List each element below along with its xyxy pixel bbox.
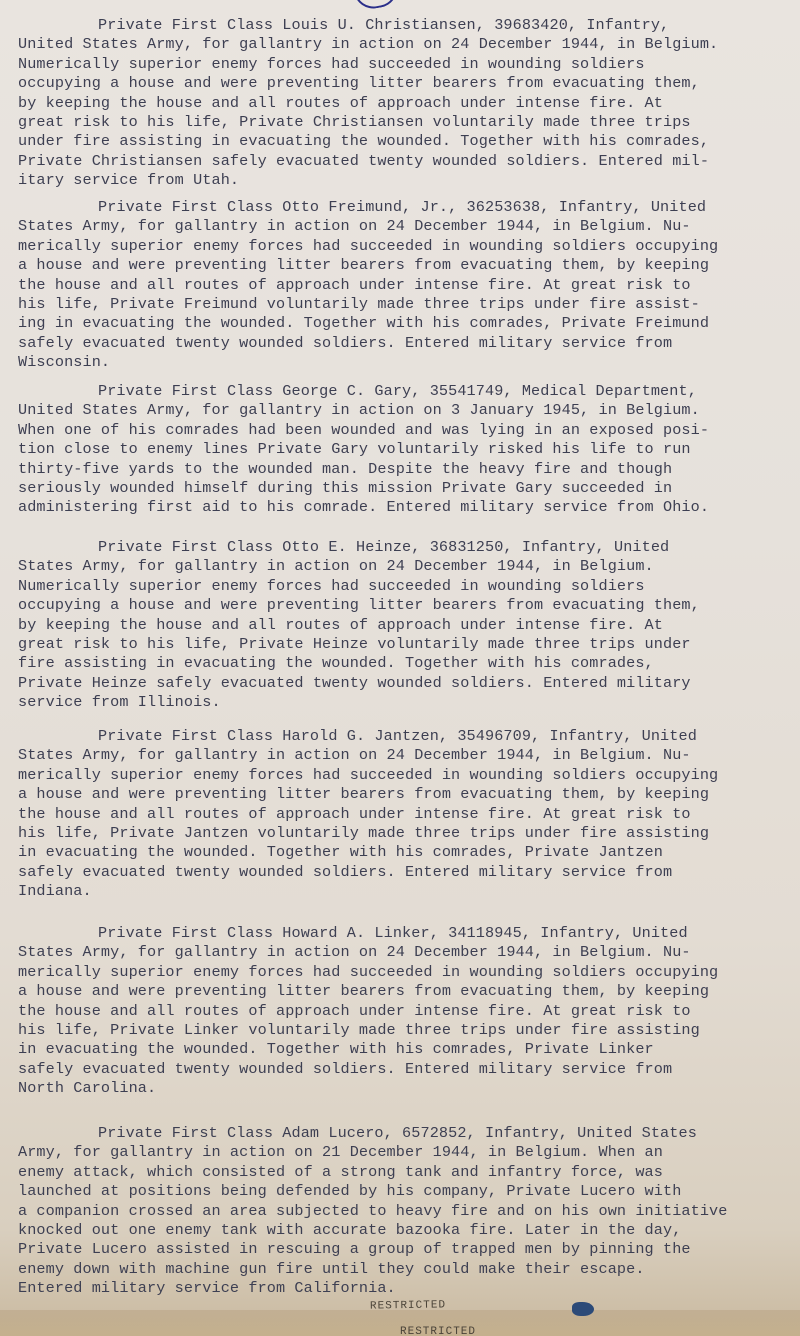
- citation-line: Private First Class Adam Lucero, 6572852…: [18, 1124, 758, 1143]
- citation-line: merically superior enemy forces had succ…: [18, 766, 758, 785]
- citation-line: occupying a house and were preventing li…: [18, 596, 758, 615]
- citation-line: States Army, for gallantry in action on …: [18, 746, 758, 765]
- document-page: Private First Class Louis U. Christianse…: [0, 0, 800, 1336]
- citation-line: Private First Class Howard A. Linker, 34…: [18, 924, 758, 943]
- citation-line: Numerically superior enemy forces had su…: [18, 577, 758, 596]
- citation-line: Private Heinze safely evacuated twenty w…: [18, 674, 758, 693]
- citation-line: merically superior enemy forces had succ…: [18, 237, 758, 256]
- citation-line: in evacuating the wounded. Together with…: [18, 843, 758, 862]
- citation-line: safely evacuated twenty wounded soldiers…: [18, 863, 758, 882]
- citation-line: by keeping the house and all routes of a…: [18, 616, 758, 635]
- citation-line: safely evacuated twenty wounded soldiers…: [18, 1060, 758, 1079]
- citation-line: enemy attack, which consisted of a stron…: [18, 1163, 758, 1182]
- citation-line: under fire assisting in evacuating the w…: [18, 132, 758, 151]
- citation-line: the house and all routes of approach und…: [18, 805, 758, 824]
- citation-line: his life, Private Linker voluntarily mad…: [18, 1021, 758, 1040]
- ink-blot: [572, 1302, 594, 1316]
- citation-line: tion close to enemy lines Private Gary v…: [18, 440, 758, 459]
- citation-line: Private First Class George C. Gary, 3554…: [18, 382, 758, 401]
- citation-line: great risk to his life, Private Christia…: [18, 113, 758, 132]
- citation-line: seriously wounded himself during this mi…: [18, 479, 758, 498]
- restricted-stamp: RESTRICTED: [370, 1299, 446, 1312]
- citation-line: the house and all routes of approach und…: [18, 1002, 758, 1021]
- citation-line: by keeping the house and all routes of a…: [18, 94, 758, 113]
- citation-line: a house and were preventing litter beare…: [18, 785, 758, 804]
- citation-line: Private Christiansen safely evacuated tw…: [18, 152, 758, 171]
- citation-line: North Carolina.: [18, 1079, 758, 1098]
- citation-line: Entered military service from California…: [18, 1279, 758, 1298]
- citation-line: in evacuating the wounded. Together with…: [18, 1040, 758, 1059]
- citation-line: the house and all routes of approach und…: [18, 276, 758, 295]
- citation-line: his life, Private Jantzen voluntarily ma…: [18, 824, 758, 843]
- citation-line: Private First Class Otto Freimund, Jr., …: [18, 198, 758, 217]
- restricted-stamp-lower: RESTRICTED: [400, 1326, 476, 1336]
- citation-line: enemy down with machine gun fire until t…: [18, 1260, 758, 1279]
- citation-line: knocked out one enemy tank with accurate…: [18, 1221, 758, 1240]
- citation-line: ing in evacuating the wounded. Together …: [18, 314, 758, 333]
- citation-line: States Army, for gallantry in action on …: [18, 943, 758, 962]
- citation-line: fire assisting in evacuating the wounded…: [18, 654, 758, 673]
- citation-jantzen: Private First Class Harold G. Jantzen, 3…: [18, 727, 758, 902]
- citation-line: United States Army, for gallantry in act…: [18, 35, 758, 54]
- citation-linker: Private First Class Howard A. Linker, 34…: [18, 924, 758, 1099]
- citation-line: Private First Class Louis U. Christianse…: [18, 16, 758, 35]
- pen-mark: [353, 0, 400, 12]
- citation-line: administering first aid to his comrade. …: [18, 498, 758, 517]
- citation-line: a house and were preventing litter beare…: [18, 982, 758, 1001]
- citation-line: service from Illinois.: [18, 693, 758, 712]
- citation-heinze: Private First Class Otto E. Heinze, 3683…: [18, 538, 758, 713]
- citation-line: Private First Class Harold G. Jantzen, 3…: [18, 727, 758, 746]
- citation-line: his life, Private Freimund voluntarily m…: [18, 295, 758, 314]
- citation-line: States Army, for gallantry in action on …: [18, 557, 758, 576]
- citation-line: Numerically superior enemy forces had su…: [18, 55, 758, 74]
- citation-line: great risk to his life, Private Heinze v…: [18, 635, 758, 654]
- citation-lucero: Private First Class Adam Lucero, 6572852…: [18, 1124, 758, 1299]
- citation-line: a companion crossed an area subjected to…: [18, 1202, 758, 1221]
- citation-line: United States Army, for gallantry in act…: [18, 401, 758, 420]
- citation-christiansen: Private First Class Louis U. Christianse…: [18, 16, 758, 191]
- citation-line: Indiana.: [18, 882, 758, 901]
- citation-line: occupying a house and were preventing li…: [18, 74, 758, 93]
- citation-line: When one of his comrades had been wounde…: [18, 421, 758, 440]
- citation-line: safely evacuated twenty wounded soldiers…: [18, 334, 758, 353]
- citation-line: launched at positions being defended by …: [18, 1182, 758, 1201]
- citation-freimund: Private First Class Otto Freimund, Jr., …: [18, 198, 758, 373]
- citation-line: Wisconsin.: [18, 353, 758, 372]
- citation-line: Private Lucero assisted in rescuing a gr…: [18, 1240, 758, 1259]
- citation-line: merically superior enemy forces had succ…: [18, 963, 758, 982]
- citation-gary: Private First Class George C. Gary, 3554…: [18, 382, 758, 518]
- citation-line: Army, for gallantry in action on 21 Dece…: [18, 1143, 758, 1162]
- citation-line: thirty-five yards to the wounded man. De…: [18, 460, 758, 479]
- citation-line: States Army, for gallantry in action on …: [18, 217, 758, 236]
- citation-line: itary service from Utah.: [18, 171, 758, 190]
- citation-line: a house and were preventing litter beare…: [18, 256, 758, 275]
- citation-line: Private First Class Otto E. Heinze, 3683…: [18, 538, 758, 557]
